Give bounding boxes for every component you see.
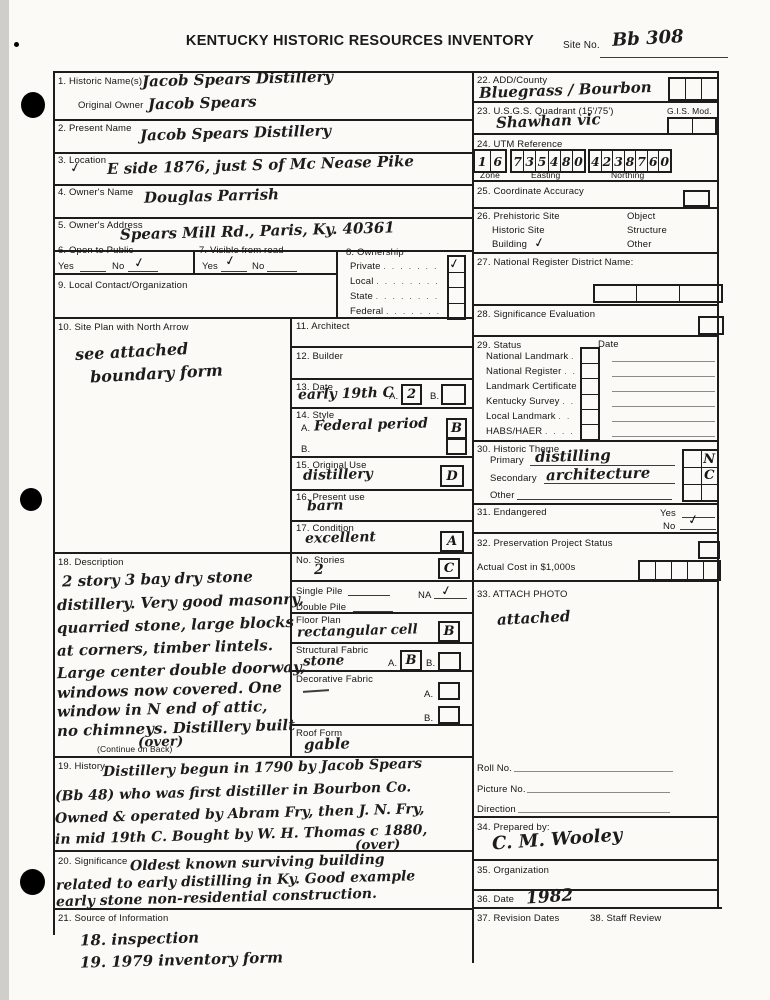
description-label: 18. Description <box>58 557 124 568</box>
line <box>612 391 715 392</box>
line <box>53 850 474 852</box>
line <box>290 407 474 409</box>
ownership-private-label: Private . . . . . . . . . . . . . . . <box>350 261 439 272</box>
endangered-yes-label: Yes <box>660 508 676 519</box>
condition-value: excellent <box>305 529 376 547</box>
site-no-value: Bb 308 <box>611 26 684 51</box>
description-line: quarried stone, large blocks <box>57 613 294 637</box>
visible-yes-label: Yes <box>202 261 218 272</box>
line <box>518 812 670 813</box>
style-a-codebox: B <box>446 418 467 439</box>
line <box>514 771 673 772</box>
line <box>221 271 247 272</box>
line <box>612 376 715 377</box>
line <box>517 499 672 500</box>
gis-mod-label: G.I.S. Mod. <box>667 106 712 116</box>
style-a-code: B <box>451 421 462 436</box>
line <box>472 859 719 861</box>
historic-name-label: 1. Historic Name(s) <box>58 76 142 87</box>
line <box>472 71 474 963</box>
line <box>80 271 106 272</box>
hole-punch-bottom <box>20 869 45 895</box>
source-line: 18. inspection <box>80 928 200 949</box>
structure-label: Structure <box>627 225 667 236</box>
decorative-a-label: A. <box>424 689 433 700</box>
original-owner-value: Jacob Spears <box>148 93 257 114</box>
status-label: 29. Status <box>477 340 521 351</box>
picture-no-label: Picture No. <box>477 784 526 795</box>
condition-code: A <box>447 534 457 549</box>
history-line: (Bb 48) who was first distiller in Bourb… <box>55 779 411 804</box>
ownership-state-label: State . . . . . . . . . . . . . . . <box>350 291 440 302</box>
date-b-label: B. <box>430 391 439 402</box>
status-landmark-certificate: Landmark Certificate <box>486 381 577 392</box>
original-use-value: distillery <box>303 466 373 484</box>
dot-leader: . . . . . . . . . . . . . . . <box>571 352 581 361</box>
open-no-label: No <box>112 261 124 272</box>
line <box>348 595 390 596</box>
status-national-register: National Register . . . . . . . . . . . … <box>486 366 576 377</box>
attach-photo-value: attached <box>497 607 571 629</box>
line <box>290 346 474 348</box>
dot-leader: . . . . . . . . . . . . . . . <box>564 367 576 376</box>
utm-zone-label: Zone <box>480 170 500 180</box>
line <box>612 421 715 422</box>
style-b-codebox <box>446 438 467 455</box>
hole-punch-middle <box>20 488 42 511</box>
decorative-b-label: B. <box>424 713 433 724</box>
history-label: 19. History <box>58 761 105 772</box>
line <box>544 483 675 484</box>
line <box>680 529 716 530</box>
date-field-label: 36. Date <box>477 894 514 905</box>
significance-evaluation-box <box>698 316 724 335</box>
preservation-status-box <box>698 541 720 559</box>
scan-edge-shadow <box>0 0 9 1000</box>
status-national-landmark: National Landmark . . . . . . . . . . . … <box>486 351 581 362</box>
line <box>472 101 719 103</box>
source-line: 19. 1979 inventory form <box>80 948 283 971</box>
line <box>612 406 715 407</box>
line <box>53 217 474 219</box>
original-owner-label: Original Owner <box>78 100 143 111</box>
present-name-value: Jacob Spears Distillery <box>140 122 332 145</box>
visible-no-label: No <box>252 261 264 272</box>
object-label: Object <box>627 211 655 222</box>
line <box>472 503 719 505</box>
theme-primary-value: distilling <box>535 446 611 466</box>
line <box>290 378 474 380</box>
date-a-code: 2 <box>407 387 416 402</box>
national-register-district-label: 27. National Register District Name: <box>477 257 633 268</box>
condition-codebox: A <box>440 531 464 552</box>
structural-fabric-value: stone <box>303 652 345 669</box>
line <box>472 907 722 909</box>
style-a-label: A. <box>301 423 310 434</box>
line <box>353 611 393 612</box>
line <box>290 580 474 582</box>
line <box>527 792 670 793</box>
hole-punch-top <box>21 92 45 118</box>
theme-secondary-code: C <box>701 467 718 483</box>
stories-codebox: C <box>438 558 460 579</box>
open-no-checkmark: ✓ <box>133 255 147 272</box>
builder-label: 12. Builder <box>296 351 343 362</box>
site-no-label: Site No. <box>563 40 600 51</box>
historic-name-value: Jacob Spears Distillery <box>142 68 334 91</box>
direction-label: Direction <box>477 804 516 815</box>
history-line: Distillery begun in 1790 by Jacob Spears <box>103 756 422 780</box>
site-plan-label: 10. Site Plan with North Arrow <box>58 322 189 333</box>
structural-a-codebox: B <box>400 650 422 671</box>
endangered-label: 31. Endangered <box>477 507 547 518</box>
date-field-value: 1982 <box>525 885 574 908</box>
line <box>336 250 338 319</box>
roll-no-label: Roll No. <box>477 763 512 774</box>
status-habs-haer: HABS/HAER . . . . . . . . . . . . . . . <box>486 426 573 437</box>
line <box>434 598 467 599</box>
line <box>472 252 719 254</box>
stories-value: 2 <box>314 562 324 578</box>
line <box>472 532 719 534</box>
owners-name-label: 4. Owner's Name <box>58 187 133 198</box>
floor-plan-codebox: B <box>438 621 460 642</box>
significance-label: 20. Significance <box>58 856 127 867</box>
line <box>290 642 474 644</box>
decorative-fabric-label: Decorative Fabric <box>296 674 373 685</box>
theme-secondary-value: architecture <box>546 464 651 485</box>
single-pile-label: Single Pile <box>296 586 343 597</box>
line <box>290 724 474 726</box>
present-use-value: barn <box>307 498 344 515</box>
status-kentucky-survey: Kentucky Survey . . . . . . . . . . . . … <box>486 396 574 407</box>
organization-label: 35. Organization <box>477 865 549 876</box>
staff-review-label: 38. Staff Review <box>590 913 661 924</box>
revision-dates-label: 37. Revision Dates <box>477 913 559 924</box>
location-value: E side 1876, just S of Mc Nease Pike <box>107 152 414 178</box>
dot-leader: . . . . . . . . . . . . . . . <box>386 307 442 316</box>
theme-other-label: Other <box>490 490 515 501</box>
structural-b-codebox <box>438 652 461 671</box>
dot-leader: . . . . . . . . . . . . . . . <box>376 292 440 301</box>
utm-northing-label: Northing <box>611 170 644 180</box>
line <box>612 361 715 362</box>
owners-name-value: Douglas Parrish <box>144 185 279 207</box>
theme-secondary-label: Secondary <box>490 473 537 484</box>
decorative-b-codebox <box>438 706 460 724</box>
line <box>290 456 474 458</box>
date-value: early 19th C <box>298 385 394 404</box>
endangered-no-checkmark: ✓ <box>687 512 701 529</box>
ownership-federal-label: Federal . . . . . . . . . . . . . . . <box>350 306 442 317</box>
ownership-local-label: Local . . . . . . . . . . . . . . . <box>350 276 440 287</box>
decorative-a-codebox <box>438 682 460 700</box>
line <box>53 317 474 319</box>
line <box>267 271 297 272</box>
description-line: distillery. Very good masonry, <box>57 590 304 614</box>
building-checkmark: ✓ <box>533 235 547 252</box>
national-register-codeboxes <box>593 284 723 303</box>
line <box>612 436 715 437</box>
na-label: NA <box>418 590 432 601</box>
source-of-information-label: 21. Source of Information <box>58 913 168 924</box>
line <box>53 552 474 554</box>
dot-leader: . . . . . . . . . . . . . . . <box>545 427 573 436</box>
description-line: at corners, timber lintels. <box>57 636 273 660</box>
status-checkbox-column <box>580 347 600 441</box>
other-site-label: Other <box>627 239 652 250</box>
location-label: 3. Location <box>58 155 106 166</box>
local-contact-label: 9. Local Contact/Organization <box>58 280 188 291</box>
line <box>53 273 338 275</box>
form-title: KENTUCKY HISTORIC RESOURCES INVENTORY <box>150 33 570 49</box>
open-yes-label: Yes <box>58 261 74 272</box>
description-line: 2 story 3 bay dry stone <box>62 568 253 591</box>
preservation-project-status-label: 32. Preservation Project Status <box>477 538 613 549</box>
present-name-label: 2. Present Name <box>58 123 132 134</box>
attach-photo-label: 33. ATTACH PHOTO <box>477 589 568 600</box>
line <box>472 335 719 337</box>
site-plan-line2: boundary form <box>90 361 224 387</box>
theme-code-grid: N C <box>682 449 719 502</box>
line <box>53 119 474 121</box>
dot-leader: . . . . . . . . . . . . . . . <box>562 397 574 406</box>
actual-cost-label: Actual Cost in $1,000s <box>477 562 575 573</box>
line <box>472 180 719 182</box>
status-local-landmark: Local Landmark . . . . . . . . . . . . .… <box>486 411 575 422</box>
utm-easting-label: Easting <box>531 170 560 180</box>
structural-a-code: B <box>406 653 417 668</box>
date-b-codebox <box>441 384 466 405</box>
double-pile-label: Double Pile <box>296 602 346 613</box>
historic-site-label: Historic Site <box>492 225 545 236</box>
date-a-label: A. <box>389 391 398 402</box>
coordinate-accuracy-label: 25. Coordinate Accuracy <box>477 186 584 197</box>
theme-primary-code: N <box>701 451 718 467</box>
add-county-codeboxes <box>668 77 719 101</box>
line <box>472 304 719 306</box>
floor-plan-code: B <box>444 624 455 639</box>
owners-address-value: Spears Mill Rd., Paris, Ky. 40361 <box>120 218 395 243</box>
line <box>472 207 719 209</box>
line <box>193 250 195 274</box>
style-a-value: Federal period <box>314 416 428 435</box>
floor-plan-value: rectangular cell <box>297 621 418 640</box>
usgs-quadrant-value: Shawhan vic <box>496 110 601 132</box>
architect-label: 11. Architect <box>296 321 350 332</box>
structural-a-label: A. <box>388 658 397 669</box>
original-use-code: D <box>446 469 457 484</box>
dot-leader: . . . . . . . . . . . . . . . <box>376 277 440 286</box>
original-use-codebox: D <box>440 465 464 487</box>
scan-dot <box>14 42 19 47</box>
site-plan-line1: see attached <box>75 339 189 364</box>
dot-leader: . . . . . . . . . . . . . . . <box>383 262 439 271</box>
line <box>290 318 292 758</box>
ownership-label: 8. Ownership <box>346 247 404 258</box>
line <box>290 489 474 491</box>
roof-form-value: gable <box>304 734 350 753</box>
date-a-codebox: 2 <box>401 384 422 405</box>
building-label: Building <box>492 239 527 250</box>
gis-mod-codeboxes <box>667 117 717 135</box>
decorative-dash <box>303 689 329 693</box>
coordinate-accuracy-box <box>683 190 710 207</box>
line <box>53 71 55 935</box>
actual-cost-cells <box>638 560 721 581</box>
line <box>128 271 158 272</box>
continue-on-back-label: (Continue on Back) <box>97 744 172 754</box>
site-no-line <box>600 57 728 58</box>
style-b-label: B. <box>301 444 310 455</box>
visible-from-road-label: 7. Visible from road <box>199 245 284 256</box>
line <box>472 889 719 891</box>
line <box>472 816 719 818</box>
scanned-inventory-form: KENTUCKY HISTORIC RESOURCES INVENTORY Si… <box>0 0 770 1000</box>
theme-primary-label: Primary <box>490 455 524 466</box>
line <box>290 520 474 522</box>
endangered-no-label: No <box>663 521 675 532</box>
open-to-public-label: 6. Open to Public <box>58 245 133 256</box>
status-date-label: Date <box>598 339 619 350</box>
stories-code: C <box>444 561 454 576</box>
significance-evaluation-label: 28. Significance Evaluation <box>477 309 595 320</box>
structural-b-label: B. <box>426 658 435 669</box>
prehistoric-site-label: 26. Prehistoric Site <box>477 211 560 222</box>
dot-leader: . . . . . . . . . . . . . . . <box>559 412 575 421</box>
